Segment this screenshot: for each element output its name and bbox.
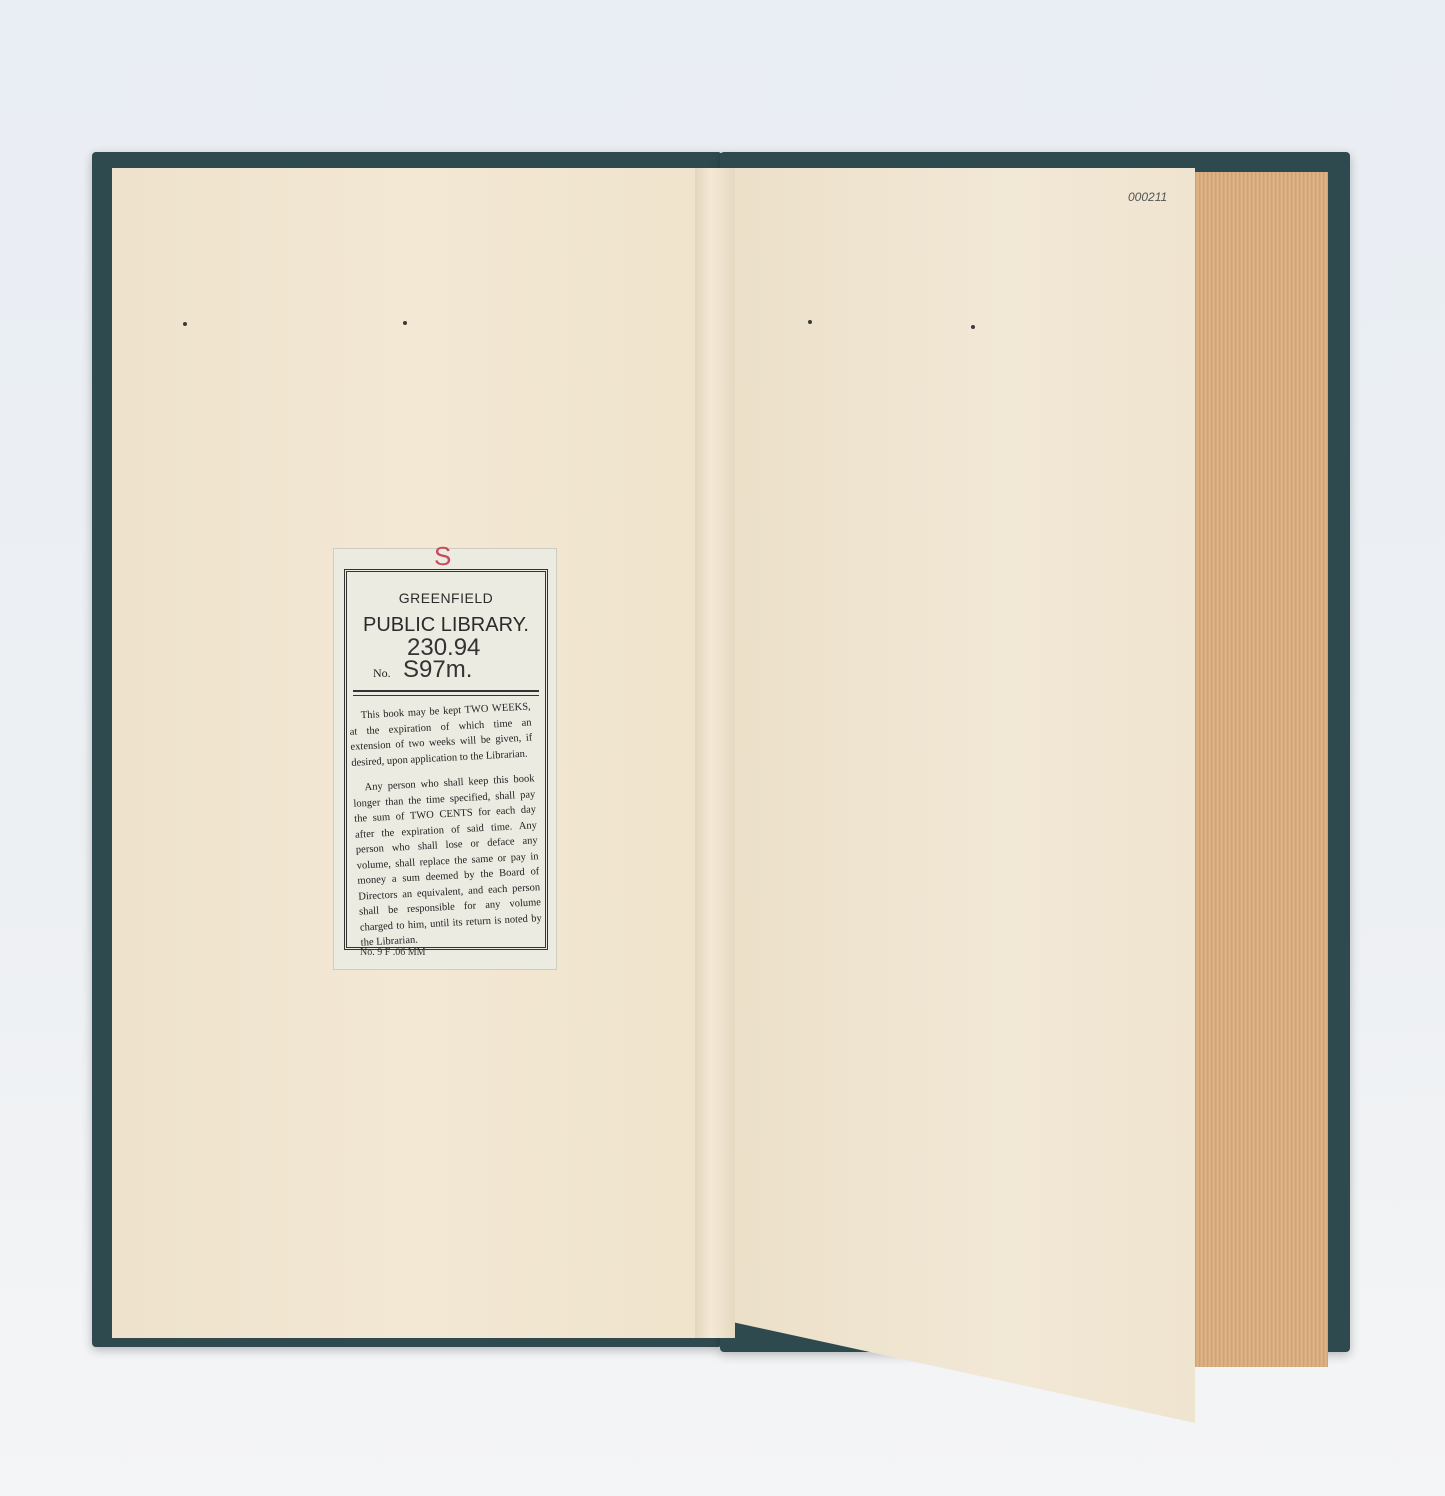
page-dot: [403, 321, 407, 325]
page-edges: [1188, 172, 1328, 1367]
red-mark: S: [434, 541, 451, 572]
call-number-cutter: S97m.: [403, 656, 472, 684]
label-rules-text: This book may be kept TWO WEEKS, at the …: [349, 699, 544, 961]
library-city: GREENFIELD: [347, 590, 545, 606]
book-gutter: [695, 168, 735, 1338]
right-page: [735, 168, 1195, 1423]
page-dot: [971, 325, 975, 329]
number-prefix: No.: [373, 666, 391, 681]
accession-number: 000211: [1128, 190, 1167, 204]
page-dot: [808, 320, 812, 324]
library-label: S GREENFIELD PUBLIC LIBRARY. 230.94 No. …: [333, 548, 557, 970]
label-rule: [353, 690, 539, 696]
loan-period-paragraph: This book may be kept TWO WEEKS, at the …: [349, 699, 534, 770]
label-frame: GREENFIELD PUBLIC LIBRARY. 230.94 No. S9…: [344, 569, 548, 950]
label-footer: No. 9 F .06 MM: [360, 947, 426, 958]
fines-paragraph: Any person who shall keep this book long…: [352, 771, 543, 951]
page-dot: [183, 322, 187, 326]
